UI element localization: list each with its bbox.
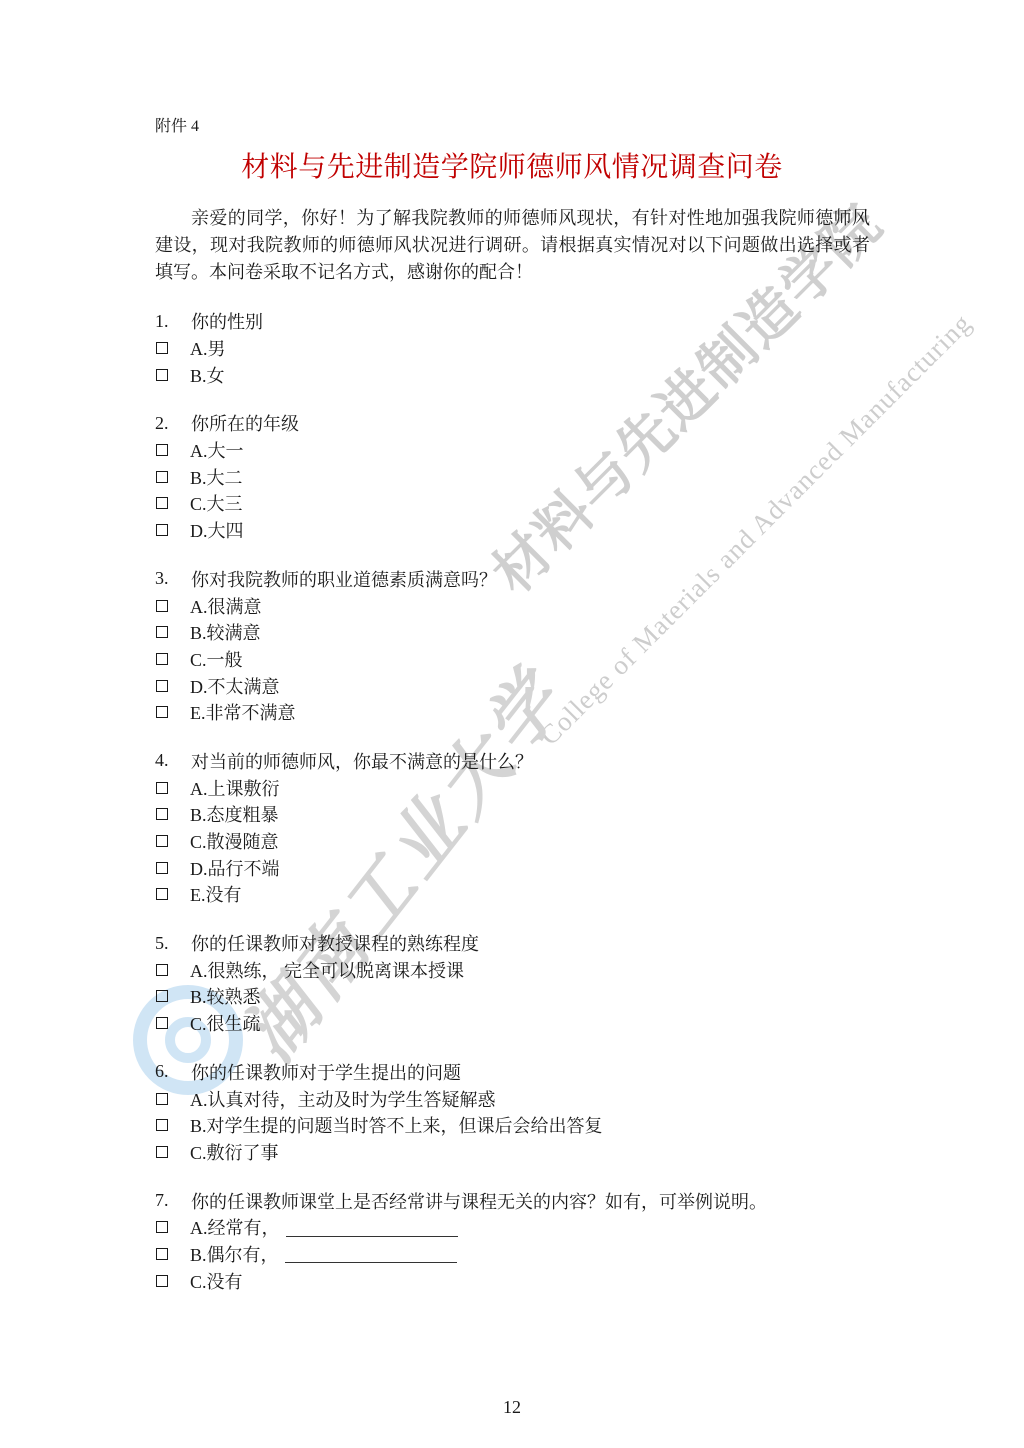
option[interactable]: B.对学生提的问题当时答不上来，但课后会给出答复: [155, 1112, 875, 1139]
checkbox-icon[interactable]: [156, 1146, 168, 1158]
option[interactable]: C.很生疏: [155, 1010, 875, 1037]
option-label: A.上课敷衍: [190, 775, 280, 801]
intro-text: 亲爱的同学，你好！为了解我院教师的师德师风现状，有针对性地加强我院师德师风建设，…: [155, 205, 870, 286]
option-label: A.认真对待，主动及时为学生答疑解惑: [190, 1086, 496, 1112]
question-title: 7. 你的任课教师课堂上是否经常讲与课程无关的内容？如有，可举例说明。: [155, 1187, 875, 1214]
option-label: E.非常不满意: [190, 699, 296, 725]
option[interactable]: A.经常有，: [155, 1214, 875, 1241]
option-label: D.不太满意: [190, 673, 280, 699]
checkbox-icon[interactable]: [156, 680, 168, 692]
question-number: 7.: [155, 1190, 191, 1211]
option[interactable]: A.男: [155, 335, 875, 362]
question-title: 2. 你所在的年级: [155, 410, 875, 437]
question-title: 5. 你的任课教师对教授课程的熟练程度: [155, 930, 875, 957]
checkbox-icon[interactable]: [156, 444, 168, 456]
question-text: 你对我院教师的职业道德素质满意吗？: [191, 566, 497, 592]
checkbox-icon[interactable]: [156, 706, 168, 718]
option-label: B.态度粗暴: [190, 801, 279, 827]
checkbox-icon[interactable]: [156, 653, 168, 665]
option-label: D.品行不端: [190, 855, 280, 881]
option[interactable]: C.没有: [155, 1267, 875, 1294]
option[interactable]: A.上课敷衍: [155, 774, 875, 801]
question-number: 3.: [155, 568, 191, 589]
option[interactable]: B.较熟悉: [155, 983, 875, 1010]
question-text: 你的任课教师对于学生提出的问题: [191, 1059, 461, 1085]
option[interactable]: C.散漫随意: [155, 828, 875, 855]
question-number: 4.: [155, 750, 191, 771]
option[interactable]: E.非常不满意: [155, 699, 875, 726]
checkbox-icon[interactable]: [156, 471, 168, 483]
option[interactable]: D.品行不端: [155, 854, 875, 881]
question-1: 1. 你的性别 A.男 B.女: [155, 308, 875, 388]
checkbox-icon[interactable]: [156, 782, 168, 794]
question-2: 2. 你所在的年级 A.大一 B.大二 C.大三 D.大四: [155, 410, 875, 543]
option-label: A.男: [190, 335, 226, 361]
checkbox-icon[interactable]: [156, 497, 168, 509]
option-label: C.敷衍了事: [190, 1139, 279, 1165]
option[interactable]: A.认真对待，主动及时为学生答疑解惑: [155, 1085, 875, 1112]
intro-paragraph: 亲爱的同学，你好！为了解我院教师的师德师风现状，有针对性地加强我院师德师风建设，…: [155, 205, 870, 286]
option[interactable]: B.大二: [155, 463, 875, 490]
fill-in-blank[interactable]: [285, 1244, 457, 1263]
option-label: B.女: [190, 362, 225, 388]
checkbox-icon[interactable]: [156, 1248, 168, 1260]
question-number: 5.: [155, 933, 191, 954]
option[interactable]: C.一般: [155, 646, 875, 673]
option[interactable]: B.偶尔有，: [155, 1241, 875, 1268]
option-label: B.大二: [190, 464, 243, 490]
checkbox-icon[interactable]: [156, 1119, 168, 1131]
checkbox-icon[interactable]: [156, 964, 168, 976]
document-page: 材料与先进制造学院 College of Materials and Advan…: [0, 0, 1024, 1448]
question-number: 6.: [155, 1061, 191, 1082]
option-label: A.很满意: [190, 593, 262, 619]
question-title: 4. 对当前的师德师风，你最不满意的是什么？: [155, 748, 875, 775]
option-label: C.散漫随意: [190, 828, 279, 854]
checkbox-icon[interactable]: [156, 888, 168, 900]
option-label: C.大三: [190, 490, 243, 516]
checkbox-icon[interactable]: [156, 990, 168, 1002]
option[interactable]: B.女: [155, 361, 875, 388]
question-text: 你所在的年级: [191, 410, 299, 436]
option[interactable]: B.较满意: [155, 619, 875, 646]
option-label: C.没有: [190, 1268, 243, 1294]
question-4: 4. 对当前的师德师风，你最不满意的是什么？ A.上课敷衍 B.态度粗暴 C.散…: [155, 748, 875, 908]
fill-in-blank[interactable]: [286, 1218, 458, 1237]
checkbox-icon[interactable]: [156, 600, 168, 612]
question-3: 3. 你对我院教师的职业道德素质满意吗？ A.很满意 B.较满意 C.一般 D.…: [155, 566, 875, 726]
question-title: 3. 你对我院教师的职业道德素质满意吗？: [155, 566, 875, 593]
question-text: 你的任课教师对教授课程的熟练程度: [191, 930, 479, 956]
option-label: B.偶尔有，: [190, 1241, 279, 1267]
option[interactable]: D.不太满意: [155, 672, 875, 699]
checkbox-icon[interactable]: [156, 342, 168, 354]
question-6: 6. 你的任课教师对于学生提出的问题 A.认真对待，主动及时为学生答疑解惑 B.…: [155, 1059, 875, 1166]
option[interactable]: E.没有: [155, 881, 875, 908]
option-label: E.没有: [190, 881, 242, 907]
checkbox-icon[interactable]: [156, 626, 168, 638]
question-title: 1. 你的性别: [155, 308, 875, 335]
checkbox-icon[interactable]: [156, 1093, 168, 1105]
option-label: B.较满意: [190, 619, 261, 645]
option[interactable]: C.大三: [155, 490, 875, 517]
option[interactable]: A.很熟练， 完全可以脱离课本授课: [155, 956, 875, 983]
option[interactable]: A.很满意: [155, 592, 875, 619]
option-label: A.很熟练， 完全可以脱离课本授课: [190, 957, 464, 983]
checkbox-icon[interactable]: [156, 862, 168, 874]
option[interactable]: D.大四: [155, 517, 875, 544]
option[interactable]: C.敷衍了事: [155, 1139, 875, 1166]
checkbox-icon[interactable]: [156, 1275, 168, 1287]
checkbox-icon[interactable]: [156, 1017, 168, 1029]
page-number: 12: [0, 1397, 1024, 1418]
question-7: 7. 你的任课教师课堂上是否经常讲与课程无关的内容？如有，可举例说明。 A.经常…: [155, 1187, 875, 1294]
option[interactable]: B.态度粗暴: [155, 801, 875, 828]
question-list: 1. 你的性别 A.男 B.女 2. 你所在的年级 A.大一 B.大二 C.大三…: [155, 308, 875, 1316]
question-text: 对当前的师德师风，你最不满意的是什么？: [191, 748, 533, 774]
checkbox-icon[interactable]: [156, 1221, 168, 1233]
checkbox-icon[interactable]: [156, 835, 168, 847]
question-number: 2.: [155, 413, 191, 434]
option-label: A.大一: [190, 437, 244, 463]
question-5: 5. 你的任课教师对教授课程的熟练程度 A.很熟练， 完全可以脱离课本授课 B.…: [155, 930, 875, 1037]
option-label: D.大四: [190, 517, 244, 543]
option-label: B.较熟悉: [190, 983, 261, 1009]
option[interactable]: A.大一: [155, 437, 875, 464]
option-label: C.一般: [190, 646, 243, 672]
attachment-label: 附件 4: [155, 113, 199, 136]
checkbox-icon[interactable]: [156, 369, 168, 381]
checkbox-icon[interactable]: [156, 524, 168, 536]
question-title: 6. 你的任课教师对于学生提出的问题: [155, 1059, 875, 1086]
question-text: 你的性别: [191, 308, 263, 334]
question-text: 你的任课教师课堂上是否经常讲与课程无关的内容？如有，可举例说明。: [191, 1188, 767, 1214]
option-label: A.经常有，: [190, 1214, 280, 1240]
checkbox-icon[interactable]: [156, 808, 168, 820]
question-number: 1.: [155, 311, 191, 332]
option-label: C.很生疏: [190, 1010, 261, 1036]
option-label: B.对学生提的问题当时答不上来，但课后会给出答复: [190, 1112, 603, 1138]
page-title: 材料与先进制造学院师德师风情况调查问卷: [0, 145, 1024, 185]
